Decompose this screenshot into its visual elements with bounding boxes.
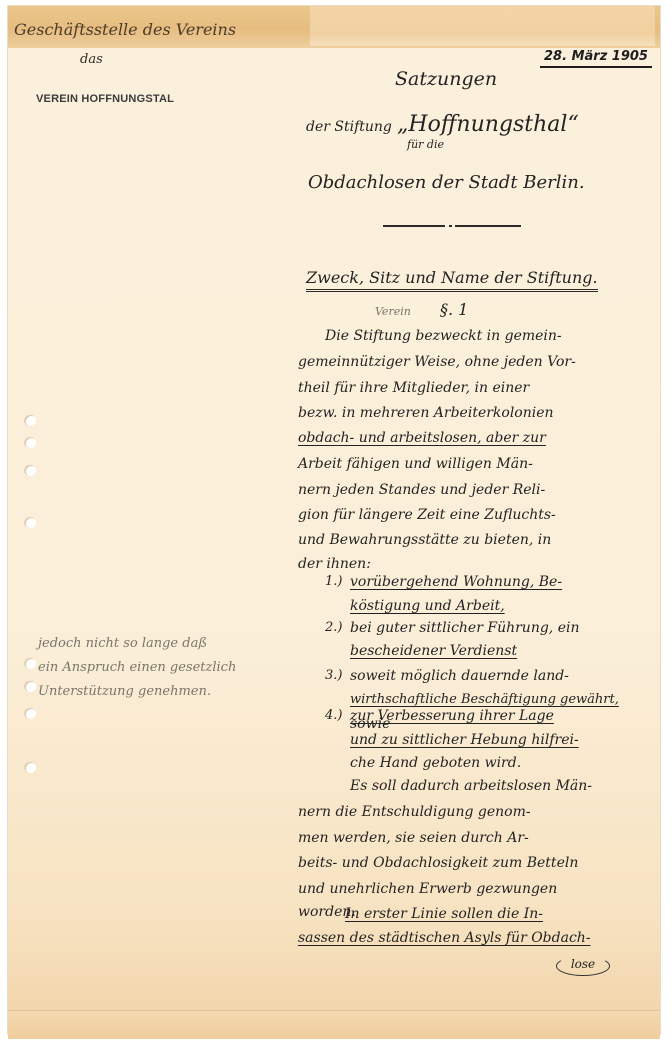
list-item-number: 3.) xyxy=(325,668,342,683)
body-line: sassen des städtischen Asyls für Obdach- xyxy=(298,930,591,946)
list-item-line: che Hand geboten wird. xyxy=(350,755,521,771)
title-divider xyxy=(383,225,521,227)
body-line: men werden, sie seien durch Ar- xyxy=(298,830,529,846)
section-heading: Zweck, Sitz und Name der Stiftung. xyxy=(306,268,598,287)
foundation-name: „Hoffnungsthal“ xyxy=(397,112,579,137)
title-line-3: für die xyxy=(407,138,444,151)
list-item-line: zur Verbesserung ihrer Lage xyxy=(350,708,554,724)
body-line: gemeinnütziger Weise, ohne jeden Vor- xyxy=(298,354,576,370)
list-item-line: soweit möglich dauernde land- xyxy=(350,668,569,684)
title-line-2-prefix: der Stiftung xyxy=(306,119,392,135)
body-line: und Bewahrungsstätte zu bieten, in xyxy=(298,532,551,548)
worn-bottom-edge xyxy=(8,1010,660,1039)
body-line: und unehrlichen Erwerb gezwungen xyxy=(298,881,557,897)
catchword: lose xyxy=(556,956,610,976)
body-line: beits- und Obdachlosigkeit zum Betteln xyxy=(298,855,578,871)
title-line-2: der Stiftung „Hoffnungsthal“ xyxy=(306,112,579,137)
list-item-number: 2.) xyxy=(325,620,342,635)
punch-hole-icon xyxy=(25,415,36,426)
punch-hole-icon xyxy=(25,708,36,719)
list-item-line: und zu sittlicher Hebung hilfrei- xyxy=(350,732,579,748)
archival-tape-right xyxy=(310,6,655,46)
list-item-line: wirthschaftliche Beschäftigung gewährt, xyxy=(350,692,619,707)
body-line: bezw. in mehreren Arbeiterkolonien xyxy=(298,405,554,421)
punch-hole-icon xyxy=(25,762,36,773)
punch-hole-icon xyxy=(25,658,36,669)
list-item-line: köstigung und Arbeit, xyxy=(350,598,505,614)
body-line: In erster Linie sollen die In- xyxy=(345,906,543,922)
organization-stamp: VEREIN HOFFNUNGSTAL xyxy=(36,93,174,105)
paragraph-mark: §. 1 xyxy=(440,300,468,319)
list-item-number: 1.) xyxy=(325,574,342,589)
body-line: Arbeit fähigen und willigen Män- xyxy=(298,456,533,472)
margin-note-line: ein Anspruch einen gesetzlich xyxy=(38,660,236,675)
tape-note: Geschäftsstelle des Vereins xyxy=(14,20,236,39)
body-line: theil für ihre Mitglieder, in einer xyxy=(298,380,529,396)
pencil-correction: Verein xyxy=(375,305,411,318)
title-line-1: Satzungen xyxy=(395,68,497,90)
body-line: Die Stiftung bezweckt in gemein- xyxy=(325,328,562,344)
punch-hole-icon xyxy=(25,681,36,692)
margin-note-line: jedoch nicht so lange daß xyxy=(38,636,207,651)
punch-hole-icon xyxy=(25,465,36,476)
body-line: der ihnen: xyxy=(298,556,371,572)
list-item-number: 4.) xyxy=(325,708,342,723)
body-line: obdach- und arbeitslosen, aber zur xyxy=(298,430,546,446)
list-item-line: bei guter sittlicher Führung, ein xyxy=(350,620,579,636)
list-item-line: bescheidener Verdienst xyxy=(350,643,517,659)
body-line: Es soll dadurch arbeitslosen Män- xyxy=(350,778,592,794)
list-item-line: vorübergehend Wohnung, Be- xyxy=(350,574,562,590)
punch-hole-icon xyxy=(25,517,36,528)
document-date: 28. März 1905 xyxy=(540,49,652,68)
tape-note-below: das xyxy=(80,52,103,67)
body-line: gion für längere Zeit eine Zufluchts- xyxy=(298,507,556,523)
body-line: nern die Entschuldigung genom- xyxy=(298,804,531,820)
margin-note-line: Unterstützung genehmen. xyxy=(38,684,211,699)
punch-hole-icon xyxy=(25,437,36,448)
title-line-4: Obdachlosen der Stadt Berlin. xyxy=(308,172,585,193)
body-line: nern jeden Standes und jeder Reli- xyxy=(298,482,545,498)
